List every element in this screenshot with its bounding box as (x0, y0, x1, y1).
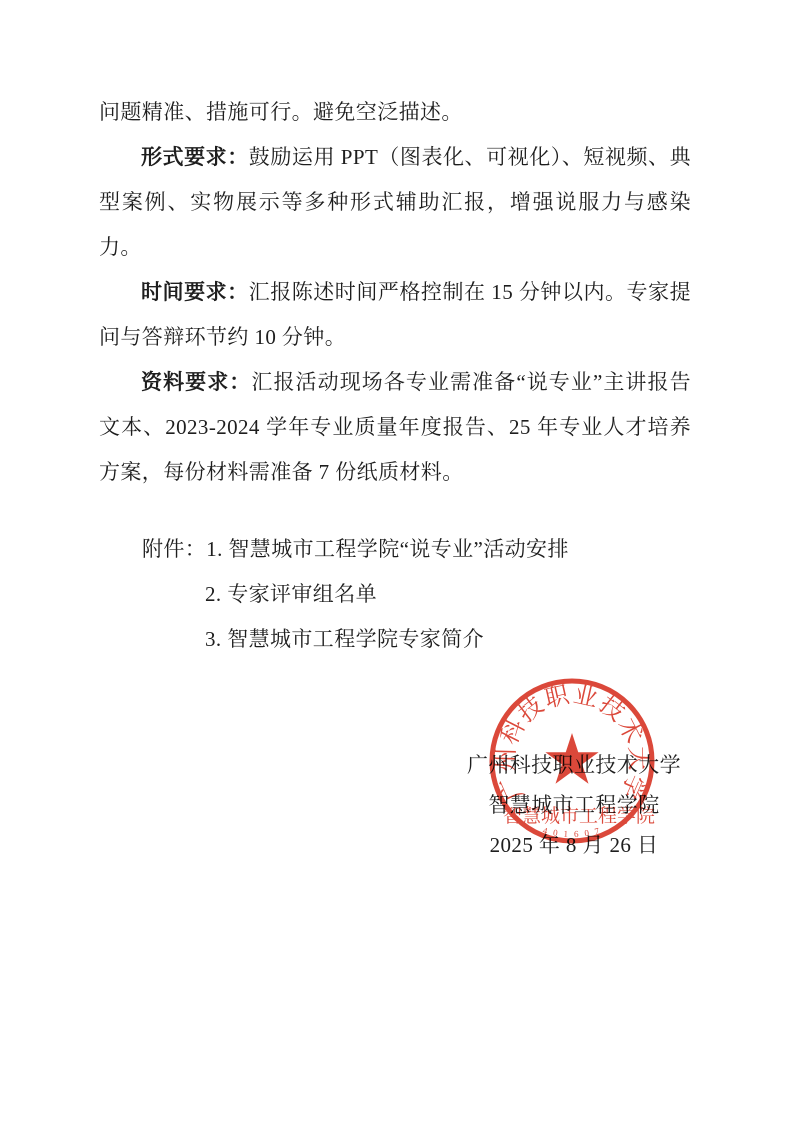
signature-college: 智慧城市工程学院 (414, 785, 734, 825)
body-text-block: 问题精准、措施可行。避免空泛描述。 形式要求：鼓励运用 PPT（图表化、可视化）… (99, 90, 691, 495)
attachment-item: 3. 智慧城市工程学院专家简介 (205, 627, 484, 651)
attachment-row: 附件：1. 智慧城市工程学院“说专业”活动安排 (142, 527, 702, 572)
attachments-label: 附件： (142, 537, 206, 561)
document-page: 问题精准、措施可行。避免空泛描述。 形式要求：鼓励运用 PPT（图表化、可视化）… (0, 0, 794, 1123)
paragraph-label: 资料要求： (141, 370, 251, 394)
paragraph-text: 问题精准、措施可行。避免空泛描述。 (99, 100, 463, 124)
signature-date: 2025 年 8 月 26 日 (414, 825, 734, 865)
paragraph-material-requirements: 资料要求：汇报活动现场各专业需准备“说专业”主讲报告文本、2023-2024 学… (99, 360, 691, 495)
paragraph-continuation: 问题精准、措施可行。避免空泛描述。 (99, 90, 691, 135)
paragraph-label: 形式要求： (141, 145, 249, 169)
attachment-item: 2. 专家评审组名单 (205, 582, 377, 606)
paragraph-label: 时间要求： (141, 280, 249, 304)
signature-block: 广州科技职业技术大学 智慧城市工程学院 2025 年 8 月 26 日 (414, 745, 734, 865)
paragraph-format-requirements: 形式要求：鼓励运用 PPT（图表化、可视化）、短视频、典型案例、实物展示等多种形… (99, 135, 691, 270)
attachment-item: 1. 智慧城市工程学院“说专业”活动安排 (206, 537, 569, 561)
attachment-row: 3. 智慧城市工程学院专家简介 (205, 617, 702, 662)
paragraph-time-requirements: 时间要求：汇报陈述时间严格控制在 15 分钟以内。专家提问与答辩环节约 10 分… (99, 270, 691, 360)
signature-university: 广州科技职业技术大学 (414, 745, 734, 785)
attachments-block: 附件：1. 智慧城市工程学院“说专业”活动安排 2. 专家评审组名单 3. 智慧… (142, 527, 702, 662)
attachment-row: 2. 专家评审组名单 (205, 572, 702, 617)
